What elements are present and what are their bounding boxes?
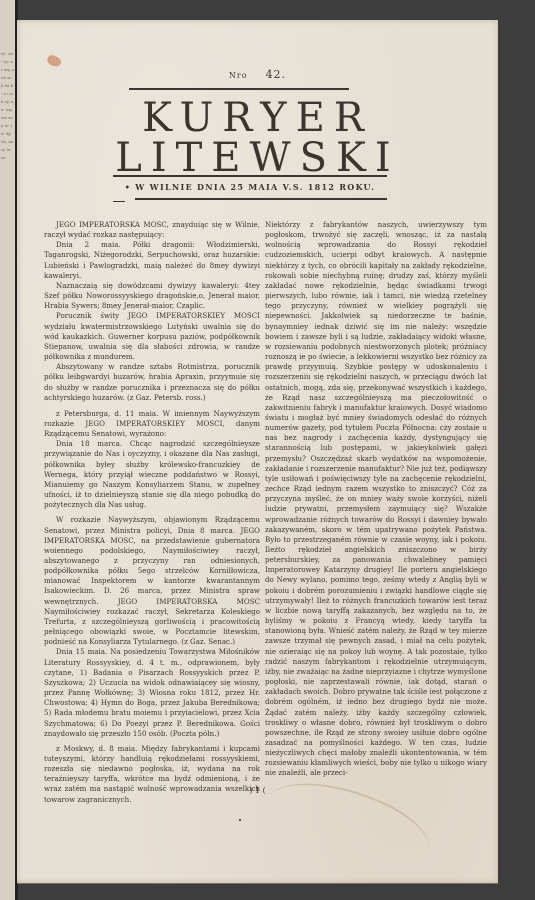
newspaper-title: KURYER LITEWSKI — [31, 98, 484, 178]
masthead-rule-top — [129, 88, 349, 90]
foxing-stain — [45, 53, 62, 69]
issue-number-value: 42. — [266, 68, 287, 81]
adjacent-page-text: ry- cir- ry- a i ury ach ach lsi b- o i … — [1, 50, 14, 162]
masthead-rule-bottom — [135, 198, 387, 200]
article-paragraph: Porucznik świty JEGO IMPERATORSKIEY MOSC… — [44, 311, 260, 362]
issue-number: Nro 42. — [17, 68, 498, 81]
article-paragraph: Dnia 15 maia. Na posiedzeniu Towarzystwa… — [44, 647, 260, 738]
article-paragraph: z Moskwy, d. 8 maia. Między fabrykantami… — [44, 744, 260, 805]
page-bottom-edge — [17, 883, 498, 884]
article-paragraph: Dnia 18 marca. Chcąc nagrodzić szczególn… — [44, 439, 260, 510]
adjacent-page-edge: ry- cir- ry- a i ury ach ach lsi b- o i … — [0, 0, 16, 900]
issue-number-label: Nro — [229, 71, 248, 80]
newspaper-page: Nro 42. KURYER LITEWSKI • W WILNIE DNIA … — [17, 20, 498, 883]
left-column: JEGO IMPERATORSKA MOSC, znayduiąc się w … — [44, 220, 260, 805]
masthead-rule-middle — [113, 175, 387, 177]
article-paragraph: JEGO IMPERATORSKA MOSC, znayduiąc się w … — [44, 220, 260, 240]
water-stain — [255, 761, 440, 891]
article-paragraph: Niektórzy z fabrykantów naszych, uwierzy… — [265, 220, 487, 779]
article-paragraph: Naznaczaią się dowódzcami dywizyy kawale… — [44, 281, 260, 311]
masthead-rule-fragment — [113, 201, 125, 202]
article-paragraph: Dnia 2 maia. Półki dragonii: Włodzimiers… — [44, 240, 260, 281]
page-folio: ) 1 ( — [17, 786, 498, 795]
article-paragraph: W rozkazie Naywyższym, objawionym Rządzą… — [44, 515, 260, 647]
article-paragraph: Abszytowany w randze sztabs Rotmistrza, … — [44, 362, 260, 403]
dateline: • W WILNIE DNIA 25 MAIA V.S. 1812 ROKU. — [113, 182, 387, 192]
ink-speck — [239, 819, 241, 821]
article-paragraph: z Petersburga, d. 11 maia. W imiennym Na… — [44, 409, 260, 439]
right-column: Niektórzy z fabrykantów naszych, uwierzy… — [265, 220, 487, 779]
